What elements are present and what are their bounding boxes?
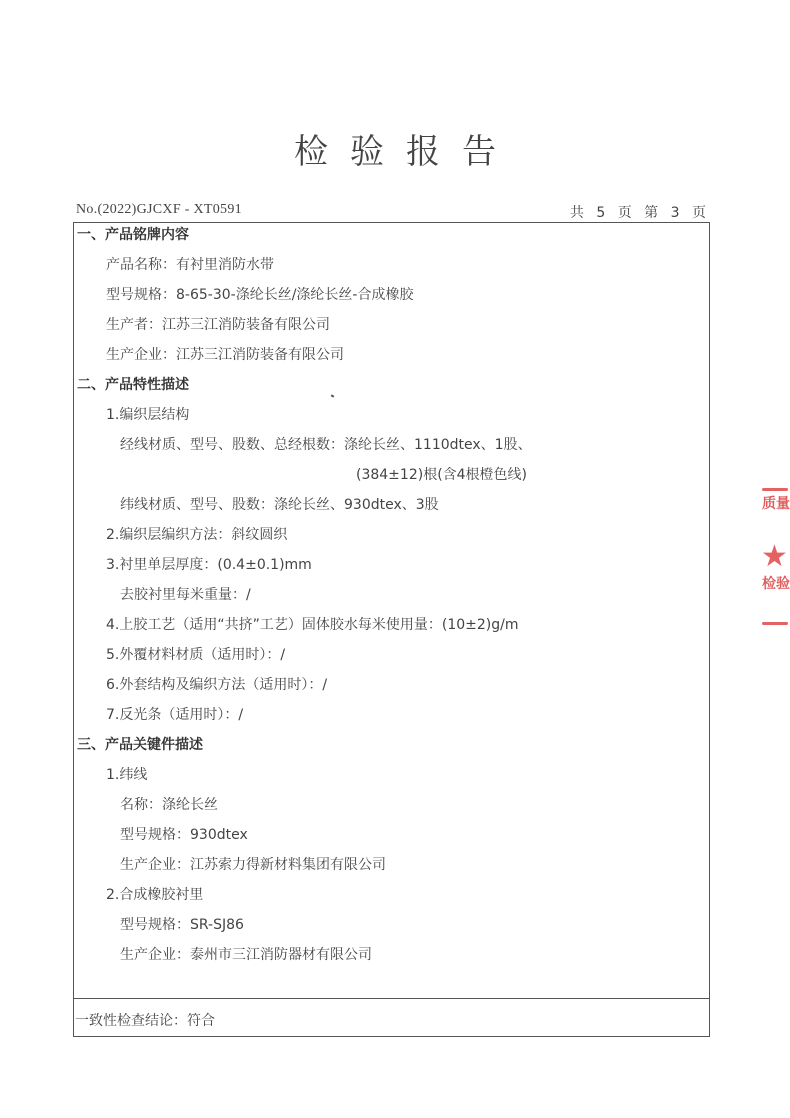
jacket-structure-line: 6.外套结构及编织方法（适用时）：/ [106, 674, 327, 694]
lining-model-line: 型号规格：SR-SJ86 [120, 914, 244, 934]
section-heading-key-components: 三、产品关键件描述 [77, 734, 203, 754]
report-meta-row: No.(2022)GJCXF - XT0591 共 5 页 第 3 页 [76, 202, 710, 222]
seal-text-bottom: 检验 [762, 576, 790, 592]
warp-spec-line: 经线材质、型号、股数、总经根数：涤纶长丝、1110dtex、1股、 [120, 434, 532, 454]
page-indicator: 共 5 页 第 3 页 [570, 202, 710, 222]
seal-border-bottom [762, 622, 788, 625]
product-name-line: 产品名称：有衬里消防水带 [106, 254, 274, 274]
lining-manufacturer-line: 生产企业：泰州市三江消防器材有限公司 [120, 944, 372, 964]
lining-component-title: 2.合成橡胶衬里 [106, 884, 203, 904]
content-cell: 一、产品铭牌内容 产品名称：有衬里消防水带 型号规格：8-65-30-涤纶长丝/… [74, 223, 709, 999]
inspection-seal-stamp: 质量 ★ 检验 [758, 488, 790, 628]
cover-material-line: 5.外覆材料材质（适用时）：/ [106, 644, 285, 664]
conformity-conclusion: 一致性检查结论：符合 [75, 1010, 215, 1030]
section-heading-characteristics: 二、产品特性描述 [77, 374, 189, 394]
manufacturer-line: 生产企业：江苏三江消防装备有限公司 [106, 344, 344, 364]
model-spec-line: 型号规格：8-65-30-涤纶长丝/涤纶长丝-合成橡胶 [106, 284, 413, 304]
braid-structure-title: 1.编织层结构 [106, 404, 189, 424]
conclusion-cell: 一致性检查结论：符合 [74, 998, 709, 1036]
lining-thickness-line: 3.衬里单层厚度：(0.4±0.1)mm [106, 554, 312, 574]
seal-text-top: 质量 [762, 496, 790, 512]
star-icon: ★ [761, 542, 788, 572]
seal-border-top [762, 488, 788, 491]
report-table: 一、产品铭牌内容 产品名称：有衬里消防水带 型号规格：8-65-30-涤纶长丝/… [73, 222, 710, 1037]
producer-line: 生产者：江苏三江消防装备有限公司 [106, 314, 330, 334]
weft-component-title: 1.纬线 [106, 764, 147, 784]
scan-speck [331, 394, 335, 397]
weave-method-line: 2.编织层编织方法：斜纹圆织 [106, 524, 287, 544]
lining-weight-line: 去胶衬里每米重量：/ [120, 584, 251, 604]
report-title: 检验报告 [0, 124, 790, 173]
warp-spec-continued: (384±12)根(含4根橙色线) [356, 464, 527, 484]
weft-manufacturer-line: 生产企业：江苏索力得新材料集团有限公司 [120, 854, 386, 874]
weft-name-line: 名称：涤纶长丝 [120, 794, 218, 814]
report-number: No.(2022)GJCXF - XT0591 [76, 202, 242, 222]
reflective-strip-line: 7.反光条（适用时）：/ [106, 704, 243, 724]
weft-spec-line: 纬线材质、型号、股数：涤纶长丝、930dtex、3股 [120, 494, 439, 514]
section-heading-nameplate: 一、产品铭牌内容 [77, 224, 189, 244]
glue-usage-line: 4.上胶工艺（适用“共挤”工艺）固体胶水每米使用量：(10±2)g/m [106, 614, 518, 634]
weft-model-line: 型号规格：930dtex [120, 824, 248, 844]
